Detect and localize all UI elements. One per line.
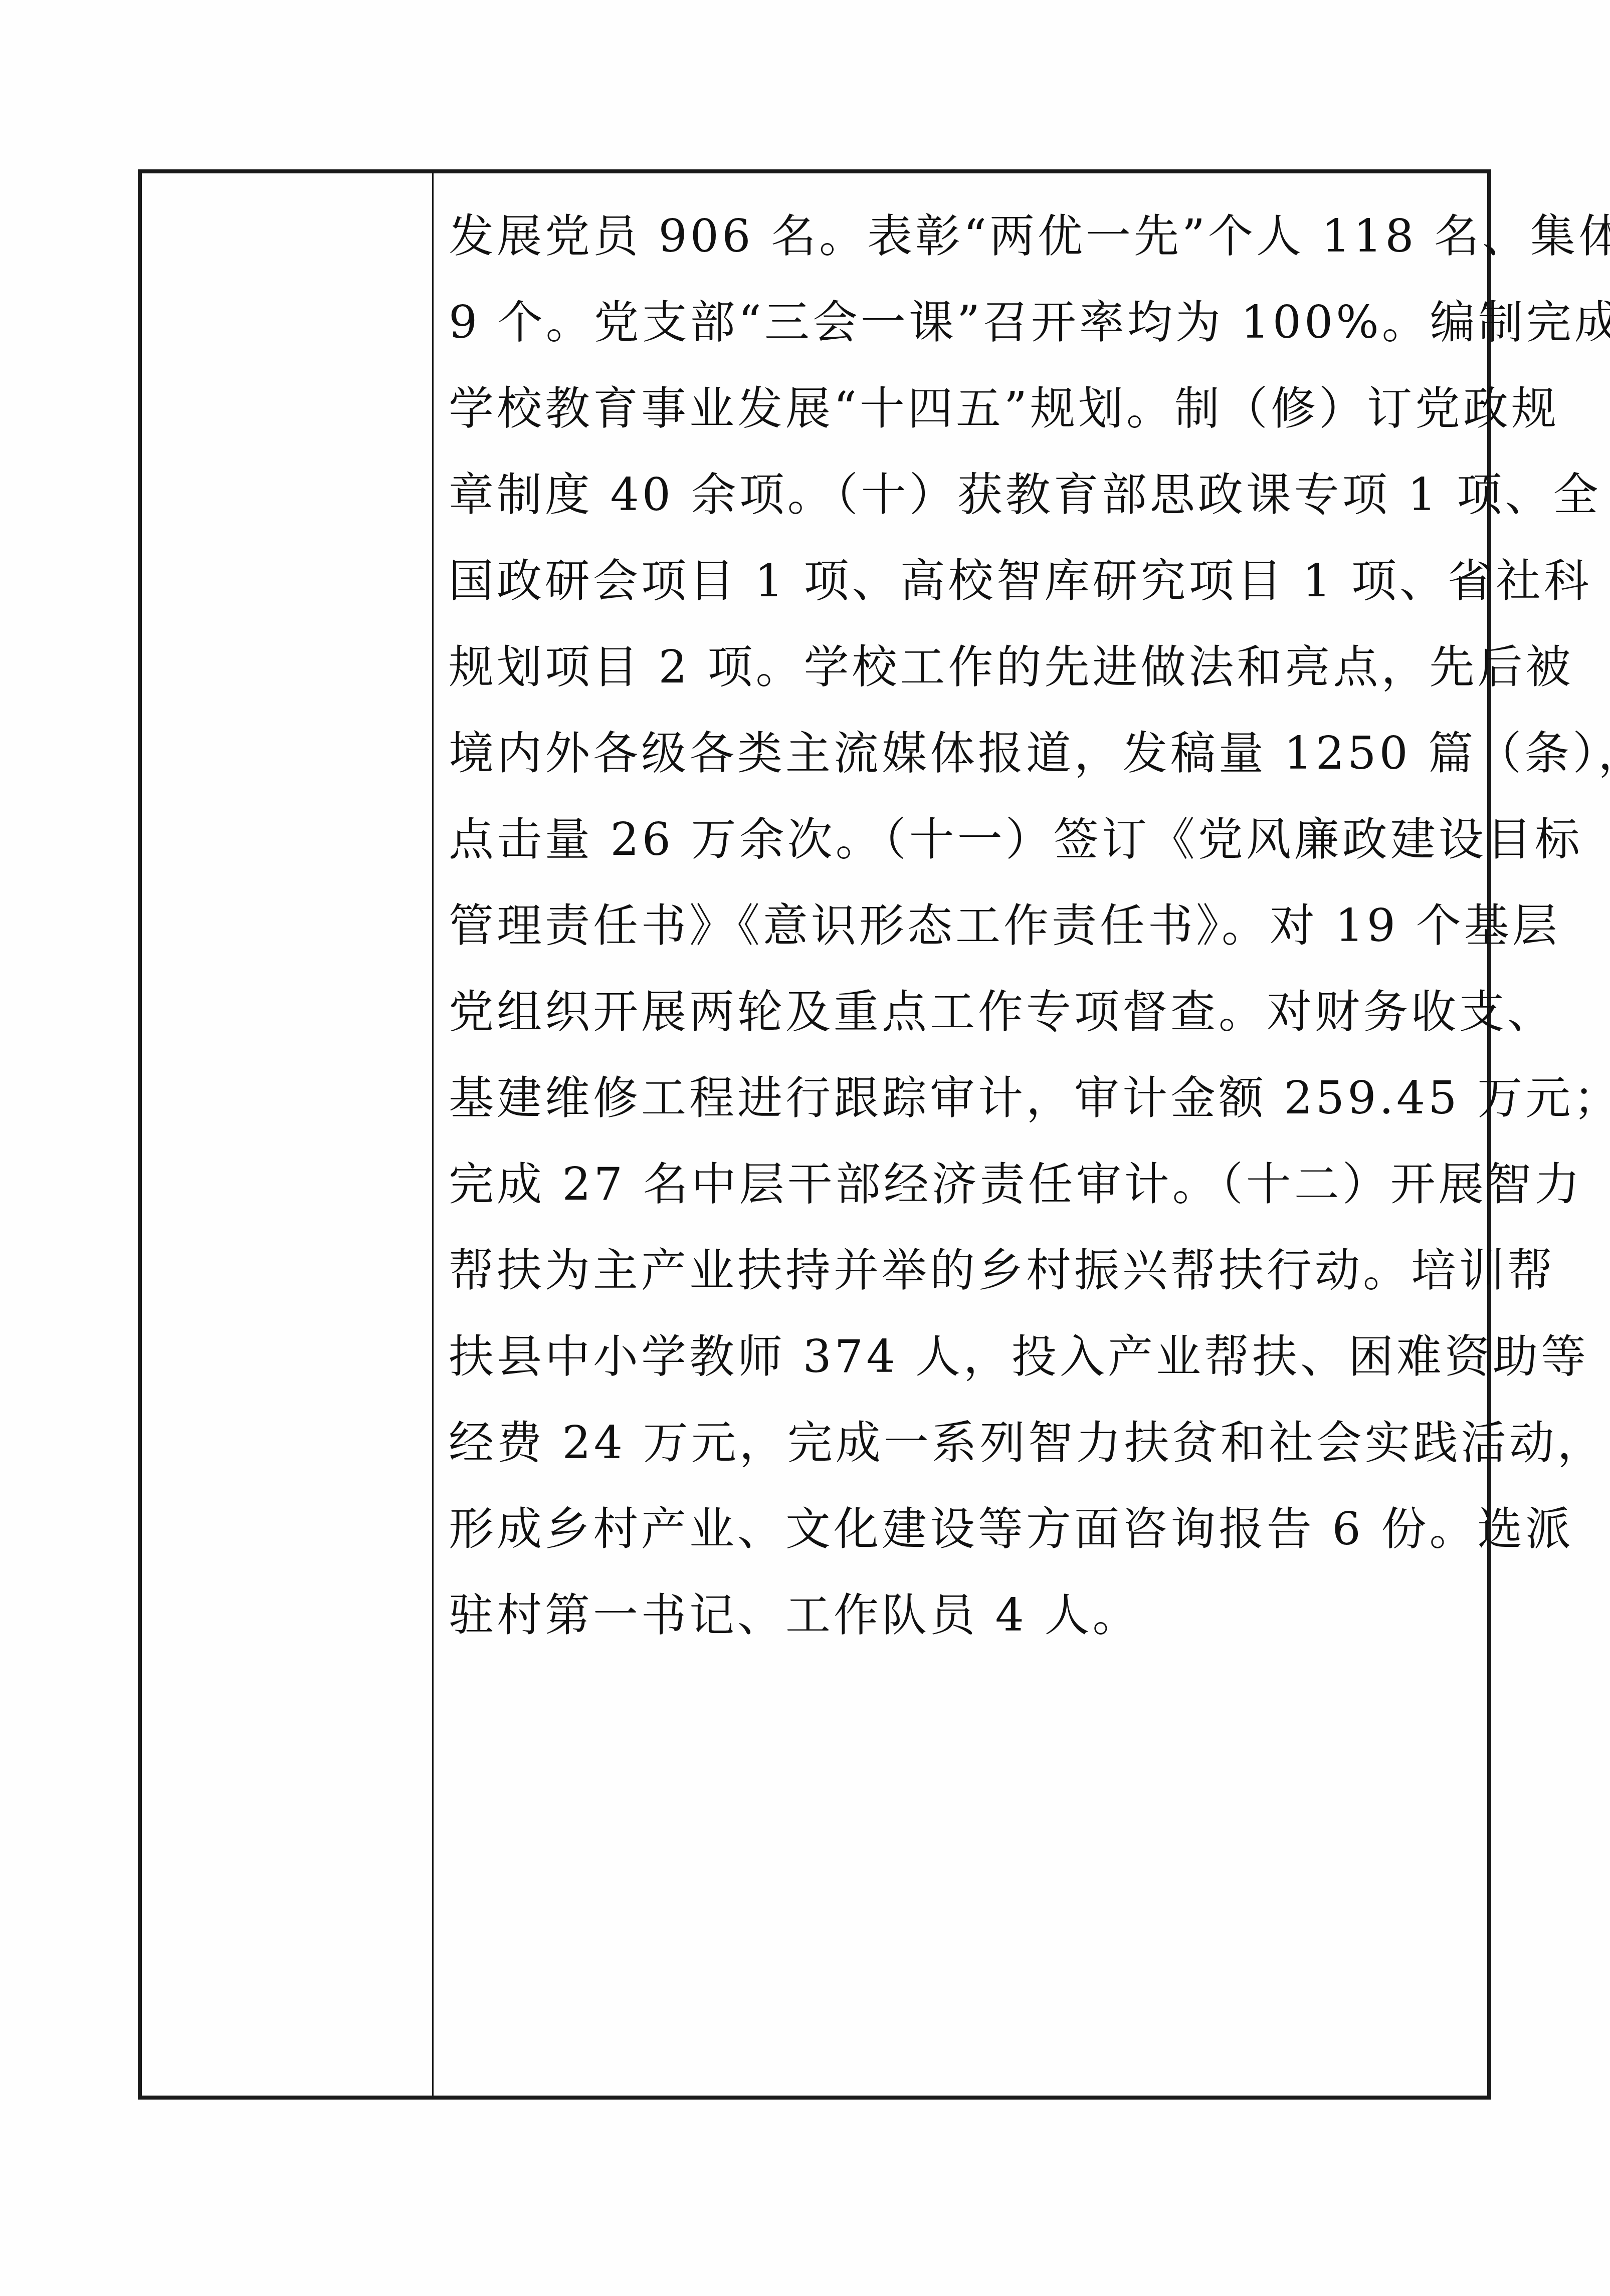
- text-line: 9 个。党支部“三会一课”召开率均为 100%。编制完成: [449, 280, 1476, 366]
- document-page: 发展党员 906 名。表彰“两优一先”个人 118 名、集体 9 个。党支部“三…: [0, 0, 1610, 2296]
- text-line: 党组织开展两轮及重点工作专项督查。对财务收支、: [449, 969, 1476, 1055]
- text-line: 帮扶为主产业扶持并举的乡村振兴帮扶行动。培训帮: [449, 1228, 1476, 1314]
- text-line: 发展党员 906 名。表彰“两优一先”个人 118 名、集体: [449, 193, 1476, 280]
- body-paragraph: 发展党员 906 名。表彰“两优一先”个人 118 名、集体 9 个。党支部“三…: [449, 193, 1476, 1659]
- text-line: 章制度 40 余项。（十）获教育部思政课专项 1 项、全: [449, 452, 1476, 538]
- text-line: 形成乡村产业、文化建设等方面咨询报告 6 份。选派: [449, 1486, 1476, 1572]
- text-line: 扶县中小学教师 374 人，投入产业帮扶、困难资助等: [449, 1314, 1476, 1400]
- text-line: 境内外各级各类主流媒体报道，发稿量 1250 篇（条），: [449, 711, 1476, 797]
- table-right-cell: 发展党员 906 名。表彰“两优一先”个人 118 名、集体 9 个。党支部“三…: [434, 173, 1487, 2096]
- text-line: 规划项目 2 项。学校工作的先进做法和亮点，先后被: [449, 624, 1476, 711]
- text-line: 学校教育事业发展“十四五”规划。制（修）订党政规: [449, 366, 1476, 452]
- text-line: 经费 24 万元，完成一系列智力扶贫和社会实践活动，: [449, 1400, 1476, 1486]
- text-line-last: 驻村第一书记、工作队员 4 人。: [449, 1572, 1476, 1659]
- text-line: 基建维修工程进行跟踪审计，审计金额 259.45 万元；: [449, 1055, 1476, 1141]
- text-line: 完成 27 名中层干部经济责任审计。（十二）开展智力: [449, 1141, 1476, 1228]
- text-line: 管理责任书》《意识形态工作责任书》。对 19 个基层: [449, 883, 1476, 969]
- text-line: 国政研会项目 1 项、高校智库研究项目 1 项、省社科: [449, 538, 1476, 624]
- text-line: 点击量 26 万余次。（十一）签订《党风廉政建设目标: [449, 797, 1476, 883]
- table-left-cell: [142, 173, 432, 2096]
